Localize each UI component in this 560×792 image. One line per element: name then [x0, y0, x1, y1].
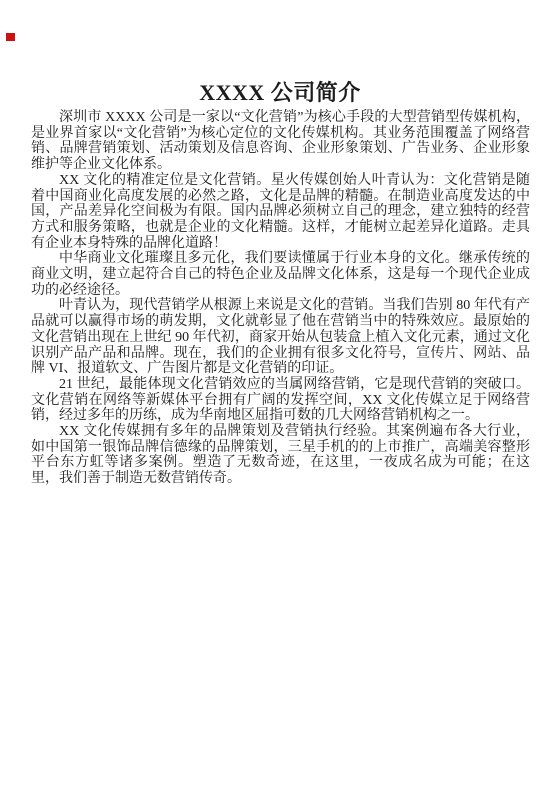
paragraph-marketing-history: 叶青认为，现代营销学从根源上来说是文化的营销。当我们告别 80 年代有产品就可以… [31, 298, 530, 377]
page-title: XXXX 公司简介 [0, 78, 560, 108]
document-page: XXXX 公司简介 深圳市 XXXX 公司是一家以“文化营销”为核心手段的大型营… [0, 0, 560, 792]
red-corner-mark [6, 33, 15, 41]
paragraph-positioning: XX 文化的精准定位是文化营销。星火传媒创始人叶青认为：文化营销是随着中国商业化… [31, 173, 530, 252]
document-body: 深圳市 XXXX 公司是一家以“文化营销”为核心手段的大型营销型传媒机构，是业界… [31, 110, 530, 487]
paragraph-business-culture: 中华商业文化璀璨且多元化，我们要读懂属于行业本身的文化。继承传统的商业文明，建立… [31, 251, 530, 298]
paragraph-experience-cases: XX 文化传媒拥有多年的品牌策划及营销执行经验。其案例遍布各大行业，如中国第一银… [31, 424, 530, 487]
paragraph-company-overview: 深圳市 XXXX 公司是一家以“文化营销”为核心手段的大型营销型传媒机构，是业界… [31, 110, 530, 173]
paragraph-network-marketing: 21 世纪，最能体现文化营销效应的当属网络营销，它是现代营销的突破口。文化营销在… [31, 377, 530, 424]
